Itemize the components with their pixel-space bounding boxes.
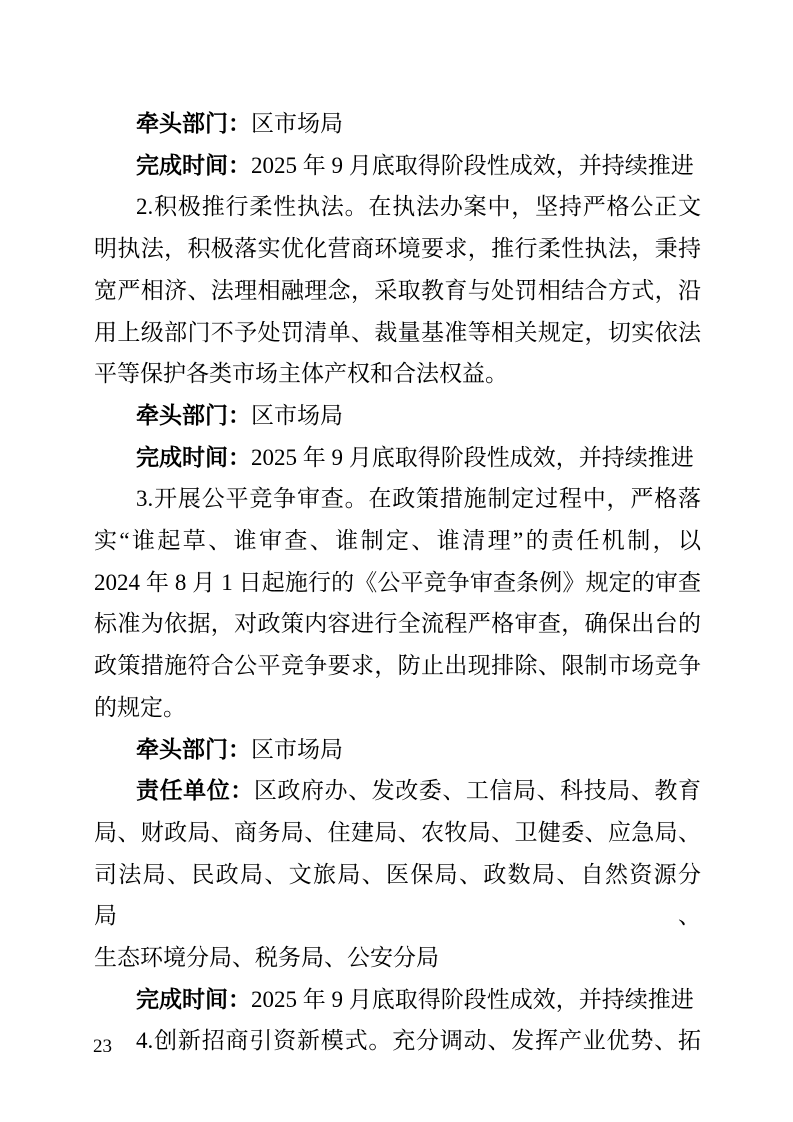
responsible-units-line-2: 局、财政局、商务局、住建局、农牧局、卫健委、应急局、: [94, 812, 701, 854]
line-text: 标准为依据，对政策内容进行全流程严格审查，确保出台的: [94, 611, 701, 636]
line-text: 实“谁起草、谁审查、谁制定、谁清理”的责任机制，以: [94, 528, 701, 553]
line-text: 2024 年 8 月 1 日起施行的《公平竞争审查条例》规定的审查: [94, 570, 701, 595]
item-3-fair-competition-review-line-5: 政策措施符合公平竞争要求，防止出现排除、限制市场竞争: [94, 645, 701, 687]
field-label: 完成时间：: [136, 153, 251, 178]
completion-time-3-line-1: 完成时间：2025 年 9 月底取得阶段性成效，并持续推进: [94, 979, 701, 1021]
lead-department-2-line-1: 牵头部门：区市场局: [94, 395, 701, 437]
item-2-flexible-law-enforcement-line-2: 明执法，积极落实优化营商环境要求，推行柔性执法，秉持: [94, 228, 701, 270]
line-text: 区市场局: [251, 737, 343, 762]
line-text: 3.开展公平竞争审查。在政策措施制定过程中，严格落: [136, 486, 701, 511]
completion-time-1-line-1: 完成时间：2025 年 9 月底取得阶段性成效，并持续推进: [94, 145, 701, 187]
line-text: 2025 年 9 月底取得阶段性成效，并持续推进: [251, 153, 694, 178]
item-3-fair-competition-review-line-4: 标准为依据，对政策内容进行全流程严格审查，确保出台的: [94, 603, 701, 645]
line-text: 司法局、民政局、文旅局、医保局、政数局、自然资源分局、: [94, 862, 701, 929]
item-4-investment-attraction-line-1: 4.创新招商引资新模式。充分调动、发挥产业优势、拓: [94, 1020, 701, 1062]
line-text: 2.积极推行柔性执法。在执法办案中，坚持严格公正文: [136, 194, 701, 219]
line-text: 4.创新招商引资新模式。充分调动、发挥产业优势、拓: [136, 1028, 701, 1053]
item-2-flexible-law-enforcement-line-4: 用上级部门不予处罚清单、裁量基准等相关规定，切实依法: [94, 312, 701, 354]
line-text: 明执法，积极落实优化营商环境要求，推行柔性执法，秉持: [94, 236, 701, 261]
responsible-units-line-1: 责任单位：区政府办、发改委、工信局、科技局、教育: [94, 770, 701, 812]
line-text: 用上级部门不予处罚清单、裁量基准等相关规定，切实依法: [94, 320, 701, 345]
line-text: 2025 年 9 月底取得阶段性成效，并持续推进: [251, 987, 694, 1012]
field-label: 牵头部门：: [136, 111, 251, 136]
line-text: 政策措施符合公平竞争要求，防止出现排除、限制市场竞争: [94, 653, 701, 678]
field-label: 完成时间：: [136, 445, 251, 470]
document-body: 牵头部门：区市场局完成时间：2025 年 9 月底取得阶段性成效，并持续推进2.…: [94, 103, 701, 1062]
field-label: 牵头部门：: [136, 403, 251, 428]
item-3-fair-competition-review-line-2: 实“谁起草、谁审查、谁制定、谁清理”的责任机制，以: [94, 520, 701, 562]
line-text: 区市场局: [251, 111, 343, 136]
line-text: 区市场局: [251, 403, 343, 428]
item-2-flexible-law-enforcement-line-1: 2.积极推行柔性执法。在执法办案中，坚持严格公正文: [94, 186, 701, 228]
item-2-flexible-law-enforcement-line-3: 宽严相济、法理相融理念，采取教育与处罚相结合方式，沿: [94, 270, 701, 312]
line-text: 局、财政局、商务局、住建局、农牧局、卫健委、应急局、: [94, 820, 701, 845]
line-text: 宽严相济、法理相融理念，采取教育与处罚相结合方式，沿: [94, 278, 701, 303]
item-3-fair-competition-review-line-6: 的规定。: [94, 687, 701, 729]
field-label: 牵头部门：: [136, 737, 251, 762]
item-3-fair-competition-review-line-3: 2024 年 8 月 1 日起施行的《公平竞争审查条例》规定的审查: [94, 562, 701, 604]
item-2-flexible-law-enforcement-line-5: 平等保护各类市场主体产权和合法权益。: [94, 353, 701, 395]
field-label: 完成时间：: [136, 987, 251, 1012]
line-text: 区政府办、发改委、工信局、科技局、教育: [254, 778, 701, 803]
responsible-units-line-4: 生态环境分局、税务局、公安分局: [94, 937, 701, 979]
line-text: 平等保护各类市场主体产权和合法权益。: [94, 361, 508, 386]
page-number: 23: [93, 1036, 112, 1058]
responsible-units-line-3: 司法局、民政局、文旅局、医保局、政数局、自然资源分局、: [94, 854, 701, 937]
completion-time-2-line-1: 完成时间：2025 年 9 月底取得阶段性成效，并持续推进: [94, 437, 701, 479]
line-text: 2025 年 9 月底取得阶段性成效，并持续推进: [251, 445, 694, 470]
item-3-fair-competition-review-line-1: 3.开展公平竞争审查。在政策措施制定过程中，严格落: [94, 478, 701, 520]
line-text: 生态环境分局、税务局、公安分局: [94, 945, 439, 970]
field-label: 责任单位：: [136, 778, 254, 803]
document-page: 牵头部门：区市场局完成时间：2025 年 9 月底取得阶段性成效，并持续推进2.…: [0, 0, 793, 1122]
line-text: 的规定。: [94, 695, 186, 720]
lead-department-3-line-1: 牵头部门：区市场局: [94, 729, 701, 771]
lead-department-1-line-1: 牵头部门：区市场局: [94, 103, 701, 145]
